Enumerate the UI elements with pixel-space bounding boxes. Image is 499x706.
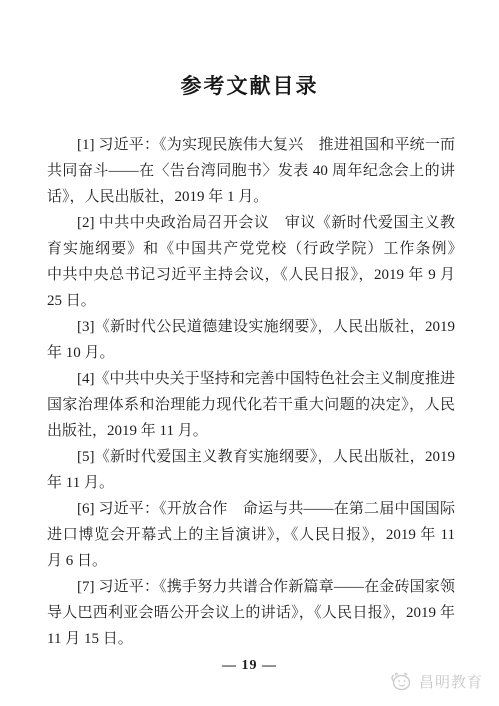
- watermark: 昌明教育: [390, 671, 483, 692]
- reference-list: [1] 习近平：《为实现民族伟大复兴 推进祖国和平统一而共同奋斗——在〈告台湾同…: [47, 132, 455, 652]
- reference-item: [3]《新时代公民道德建设实施纲要》，人民出版社，2019 年 10 月。: [47, 314, 455, 366]
- reference-item: [6] 习近平：《开放合作 命运与共——在第二届中国国际进口博览会开幕式上的主旨…: [47, 496, 455, 574]
- reference-item: [2] 中共中央政治局召开会议 审议《新时代爱国主义教育实施纲要》和《中国共产党…: [47, 210, 455, 314]
- reference-item: [5]《新时代爱国主义教育实施纲要》，人民出版社，2019 年 11 月。: [47, 444, 455, 496]
- reference-item: [4]《中共中央关于坚持和完善中国特色社会主义制度推进国家治理体系和治理能力现代…: [47, 366, 455, 444]
- document-page: 参考文献目录 [1] 习近平：《为实现民族伟大复兴 推进祖国和平统一而共同奋斗—…: [0, 0, 499, 706]
- page-title: 参考文献目录: [0, 0, 499, 100]
- reference-item: [7] 习近平：《携手努力共谱合作新篇章——在金砖国家领导人巴西利亚会晤公开会议…: [47, 574, 455, 652]
- reference-item: [1] 习近平：《为实现民族伟大复兴 推进祖国和平统一而共同奋斗——在〈告台湾同…: [47, 132, 455, 210]
- mascot-face-icon: [390, 672, 414, 692]
- watermark-label: 昌明教育: [419, 671, 483, 692]
